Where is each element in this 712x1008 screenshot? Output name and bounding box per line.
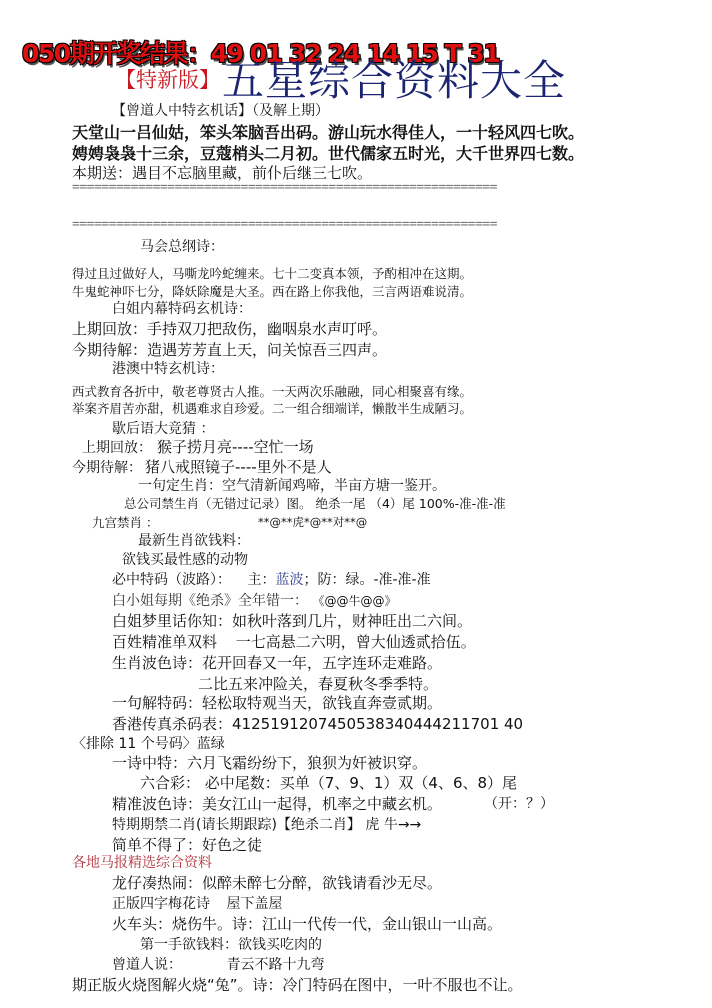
daoren-heading: 【曾道人中特玄机话】（及解上期） [112,100,329,120]
xiehouyu-heading: 歇后语大竞猜 ： [112,418,214,438]
kai-label: （开：？） [484,793,554,813]
baixiaojie-value: 《@@牛@@》 [312,594,396,608]
zuixin-value: 欲钱买最性感的动物 [122,549,248,569]
gangao-heading: 港澳中特玄机诗： [112,358,224,378]
bose-shi-line-1: 花开回春又一年，五字连环走难路。 [202,654,442,672]
paichu-line: 〈排除 11 个号码〉蓝绿 [72,733,225,753]
longzi-line: 龙仔凑热闹：似醉未醉七分醉，欲钱请看沙无尽。 [112,872,442,893]
gedi-heading: 各地马报精选综合资料 [72,852,212,872]
xiehouyu-current-value: 猪八戒照镜子----里外不是人 [145,456,332,477]
baixing-value: 一七高悬二六明，曾大仙透贰拾伍。 [236,633,476,651]
liuhecai-line: 六合彩： 必中尾数：买单（7、9、1）双（4、6、8）尾 [140,772,517,793]
chuanzhen-value: 4125191207450538340444211701 40 [232,715,523,733]
diyishou-line: 第一手欲钱料：欲钱买吃肉的 [140,934,322,954]
bizhong-main-label: 主： [247,572,275,588]
mahui-heading: 马会总纲诗： [140,236,224,256]
baixing-label: 百姓精准单双料 [112,633,217,651]
baixiaojie-label: 白小姐每期《绝杀》全年错一： [112,593,308,609]
jingzhun-bose-line: 精准波色诗：美女江山一起得，机率之中藏玄机。 [112,793,442,814]
yiju-shengxiao: 一句定生肖：空气清新闻鸡啼，半亩方塘一鉴开。 [138,475,446,495]
bose-shi-label: 生肖波色诗： [112,654,202,672]
mahui-line-1: 得过且过做好人，马嘶龙吟蛇缠来。七十二变真本领，予酌相冲在这期。 [72,264,472,282]
jiugong-value: **@**虎*@**对**@ [258,514,367,530]
edition-label: 【特新版】 [115,64,220,94]
gangao-line-1: 西式教育各折中，敬老尊贤古人推。一天两次乐融融，同心相聚喜有缘。 [72,382,472,400]
page-title: 五星综合资料大全 [222,48,566,108]
bose-shi-line-2: 二比五来冲险关，春夏秋冬季季特。 [198,673,438,694]
huochetou-line: 火车头：烧伤牛。诗：江山一代传一代，金山银山一山高。 [112,913,502,934]
daoren-line-2: 娉娉袅袅十三余，豆蔻梢头二月初。世代儒家五时光，大千世界四七数。 [72,141,584,164]
xiehouyu-prev-label: 上期回放： [82,437,152,457]
yishi-line: 一诗中特：六月飞霜纷纷下，狼狈为奸被识穿。 [112,752,427,773]
meihua-label: 正版四字梅花诗 [112,896,210,912]
gangao-line-2: 举案齐眉苦亦甜，机遇难求自珍爱。二一组合细端详，懒散半生成陋习。 [72,399,472,417]
baijie-heading: 白姐内幕特码玄机诗： [112,298,252,318]
daoren-say-label: 曾道人说： [112,957,182,973]
xiehouyu-current-label: 今期待解： [72,457,142,477]
baijie-prev: 上期回放：手持双刀把敌伤，幽咽泉水声叮呼。 [72,318,387,339]
xiehouyu-prev-value: 猴子捞月亮----空忙一场 [157,436,314,457]
zonggongsi-line: 总公司禁生肖（无错过记录）图。 绝杀一尾 （4）尾 100%-准-准-准 [124,494,506,512]
jin-erxiao-line: 特期期禁二肖(请长期跟踪)【绝杀二肖】 虎 牛→→ [112,814,421,834]
zuixin-heading: 最新生肖欲钱料： [138,530,250,550]
jiugong-label: 九宫禁肖 ： [92,513,158,531]
huoshao-line: 期正版火烧图解火烧“兔”。诗：冷门特码在图中，一叶不服也不让。 [72,974,523,995]
mengli-line: 白姐梦里话你知：如秋叶落到几片，财神旺出二六间。 [112,610,472,631]
separator: ========================================… [72,217,497,232]
daoren-line-1: 天堂山一吕仙姑，笨头笨脑吾出码。游山玩水得佳人，一十轻风四七吹。 [72,120,584,143]
bizhong-label: 必中特码（波路）： [112,572,231,588]
bizhong-main-value: 蓝波 [275,572,303,588]
separator: ========================================… [72,180,497,195]
daoren-say-value: 青云不路十九弯 [226,957,324,973]
bizhong-rest: ；防：绿。-准-准-准 [303,572,430,588]
yiju-jie-line: 一句解特码：轻松取特观当天，欲钱直奔壹贰期。 [112,692,442,713]
baijie-current: 今期待解：造遇芳芳直上天，问关惊吾三四声。 [72,339,387,360]
meihua-value: 屋下盖屋 [226,896,282,912]
chuanzhen-label: 香港传真杀码表： [112,715,232,733]
